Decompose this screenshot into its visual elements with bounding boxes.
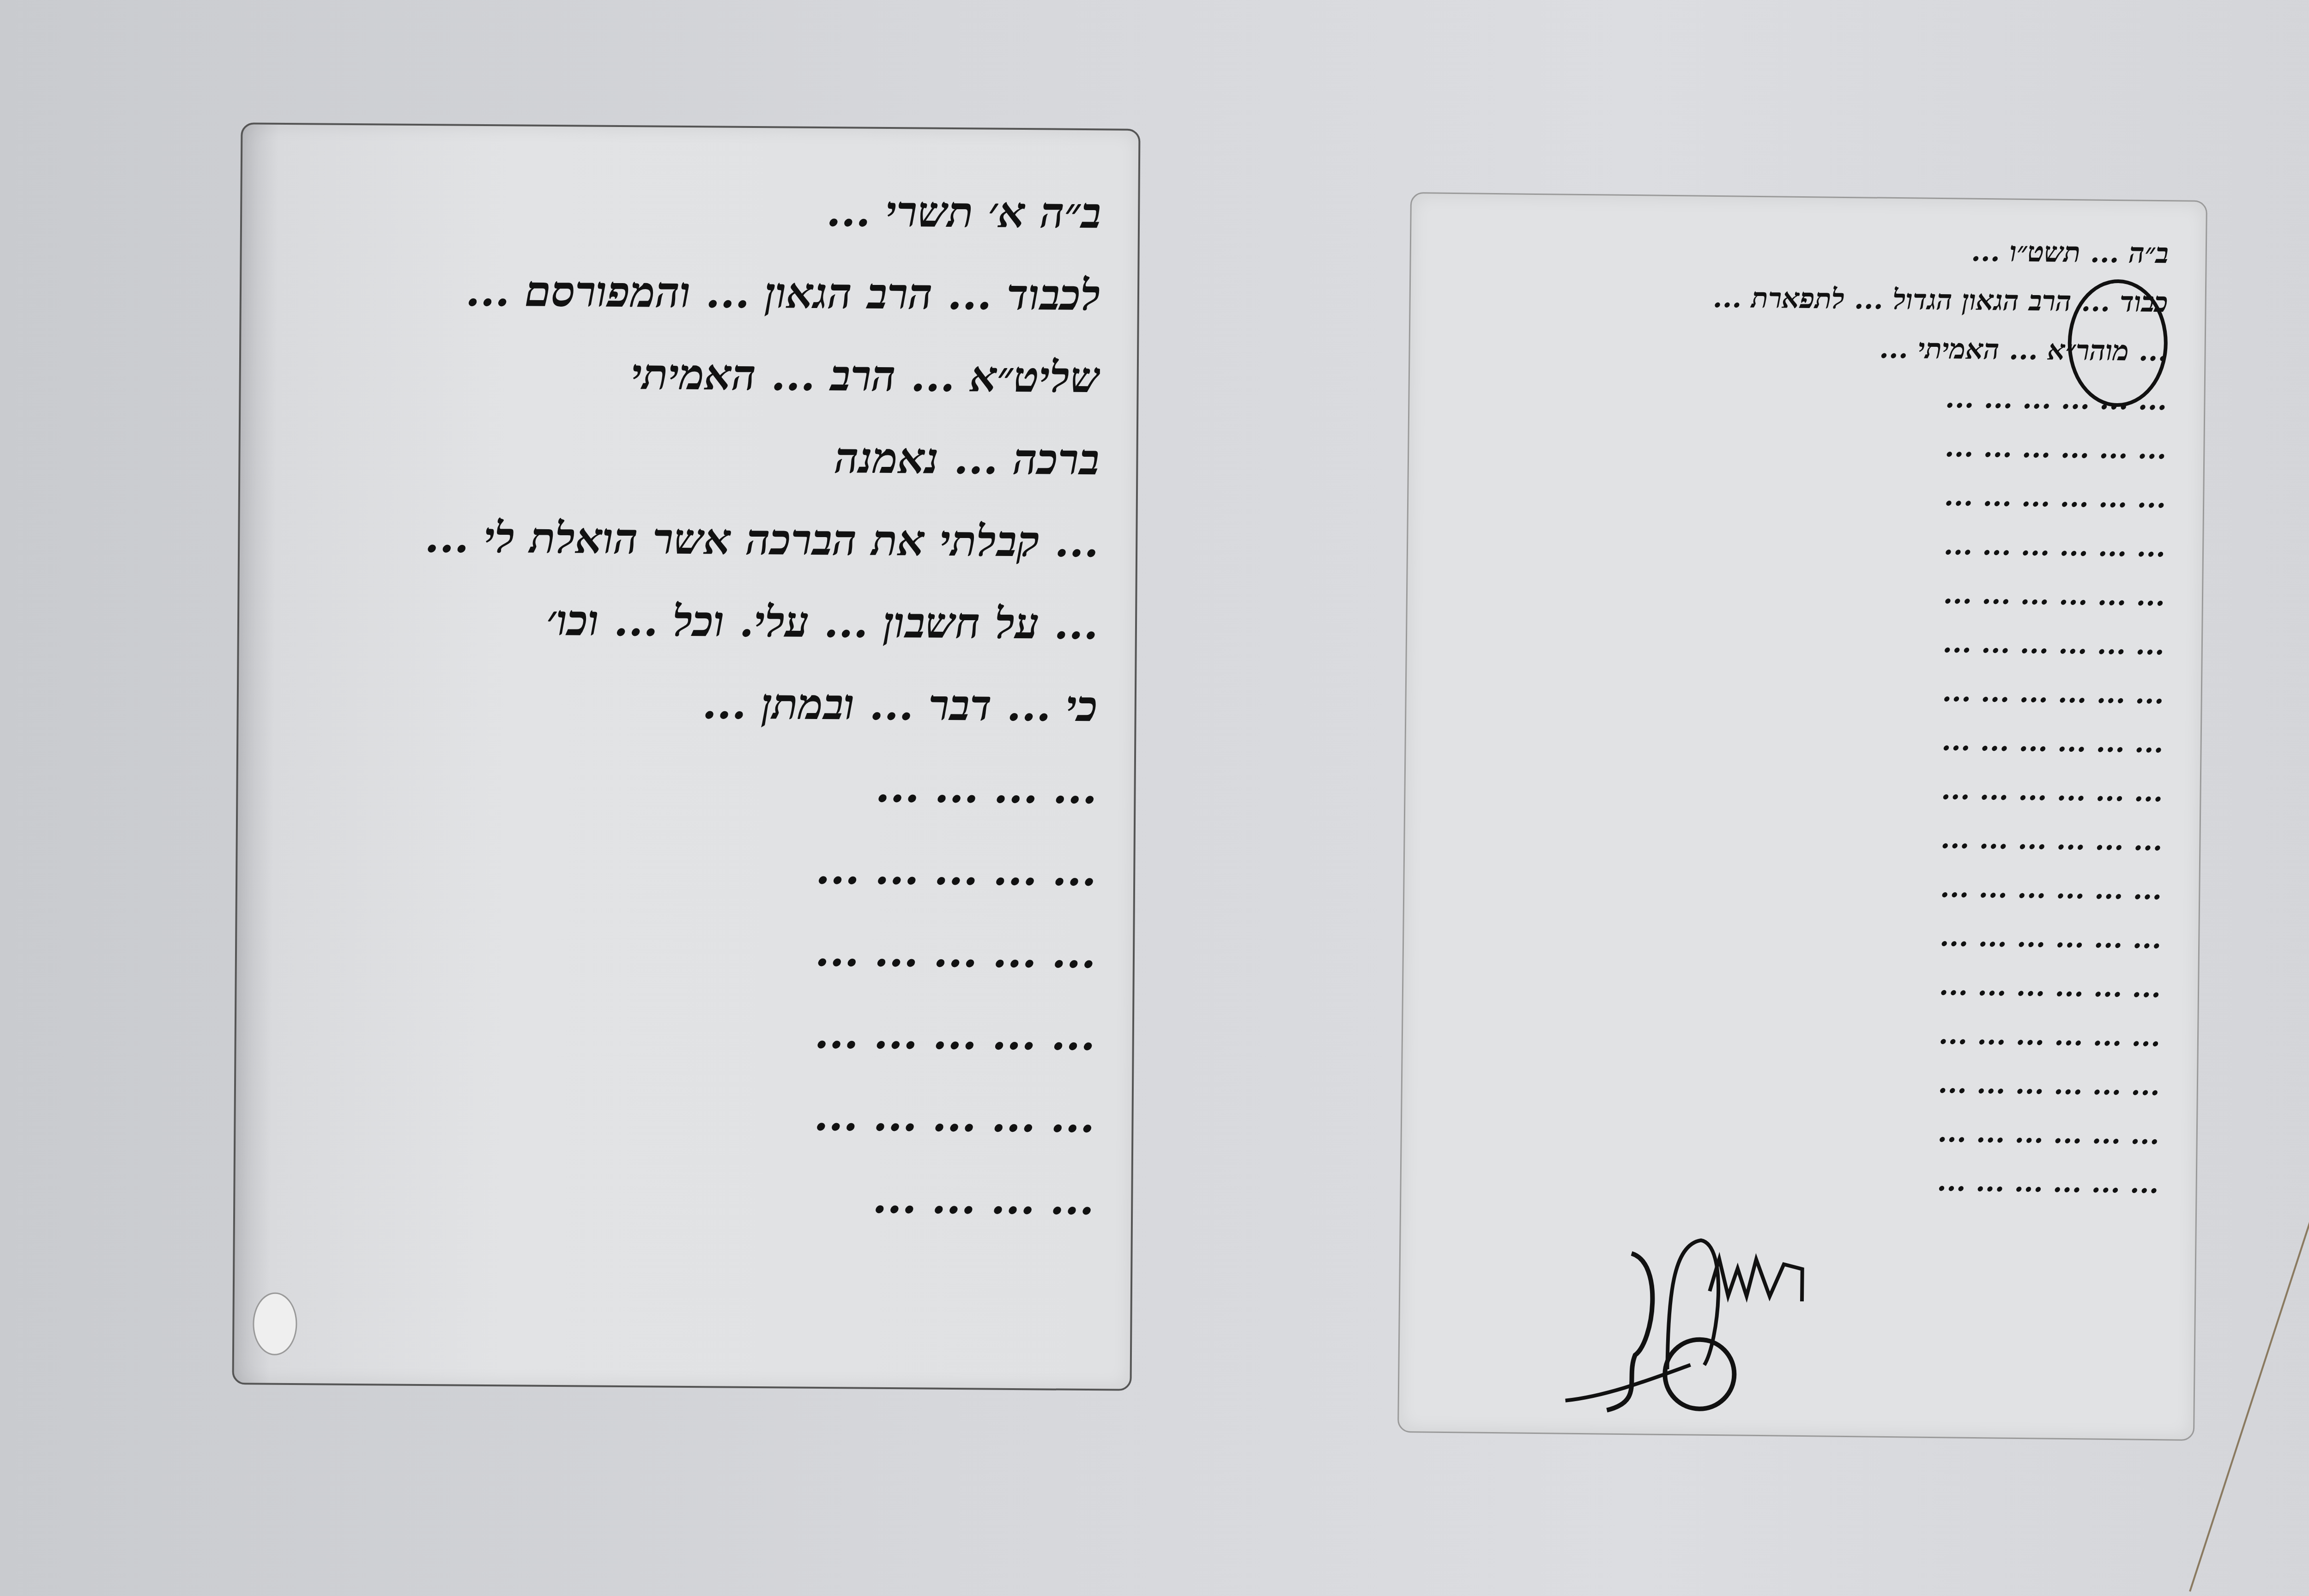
letter-line: ברכה ... נאמנה <box>296 413 1100 501</box>
right-letter: ב״ה ... תשט״ו ... כבוד ... הרב הגאון הגד… <box>1397 192 2207 1441</box>
letter-line: ... ... ... ... ... ... <box>1465 369 2167 425</box>
letter-line: ... ... ... ... ... <box>291 1070 1095 1158</box>
letter-line: ... קבלתי את הברכה אשר הואלת לי ... <box>295 495 1099 583</box>
letter-line: ... ... ... ... ... ... <box>1457 1152 2159 1208</box>
letter-line: ... ... ... ... ... ... <box>1458 1005 2161 1061</box>
letter-line: ... מוהר״א ... האמיתי ... <box>1465 320 2168 376</box>
letter-line: ... ... ... ... <box>293 742 1097 829</box>
letter-line: ... ... ... ... ... ... <box>1459 956 2161 1012</box>
left-letter: ב״ה א׳ תשרי ... לכבוד ... הרב הגאון ... … <box>232 122 1140 1391</box>
letter-line: כבוד ... הרב הגאון הגדול ... לתפארת ... <box>1466 271 2168 327</box>
letter-line: ... ... ... ... ... <box>292 906 1096 994</box>
letter-line: ... ... ... ... ... ... <box>1460 858 2162 914</box>
letter-line: כי ... דבר ... ובמתן ... <box>294 659 1098 747</box>
letter-line: ... ... ... ... ... ... <box>1457 1103 2159 1159</box>
letter-line: ... ... ... ... ... <box>293 824 1097 912</box>
letter-line: ב״ה א׳ תשרי ... <box>297 166 1101 254</box>
letter-line: ... ... ... ... ... ... <box>1459 907 2162 963</box>
letter-line: ... ... ... ... <box>290 1153 1094 1240</box>
letter-line: לכבוד ... הרב הגאון ... והמפורסם ... <box>296 248 1100 336</box>
right-letter-text: ב״ה ... תשט״ו ... כבוד ... הרב הגאון הגד… <box>1457 222 2169 1208</box>
punch-hole <box>253 1292 297 1355</box>
letter-line: ... ... ... ... ... ... <box>1463 515 2166 572</box>
letter-line: ... ... ... ... ... ... <box>1461 711 2164 768</box>
letter-line: ... ... ... ... ... ... <box>1457 1054 2160 1110</box>
left-letter-text: ב״ה א׳ תשרי ... לכבוד ... הרב הגאון ... … <box>290 166 1101 1240</box>
letter-line: ... ... ... ... ... ... <box>1460 809 2163 865</box>
letter-line: ... ... ... ... ... ... <box>1464 417 2167 474</box>
letter-line: ... ... ... ... ... <box>291 988 1095 1076</box>
signature-icon <box>1551 1225 1830 1421</box>
letter-line: ב״ה ... תשט״ו ... <box>1466 222 2169 278</box>
letter-line: ... ... ... ... ... ... <box>1462 662 2164 719</box>
letter-line: ... ... ... ... ... ... <box>1462 613 2164 670</box>
letter-line: ... ... ... ... ... ... <box>1461 760 2163 816</box>
letter-line: ... ... ... ... ... ... <box>1464 466 2166 523</box>
letter-line: שליט״א ... הרב ... האמיתי <box>296 331 1100 418</box>
letter-line: ... ... ... ... ... ... <box>1463 564 2165 621</box>
letter-line: ... על חשבון ... עלי. וכל ... וכו׳ <box>294 577 1098 665</box>
